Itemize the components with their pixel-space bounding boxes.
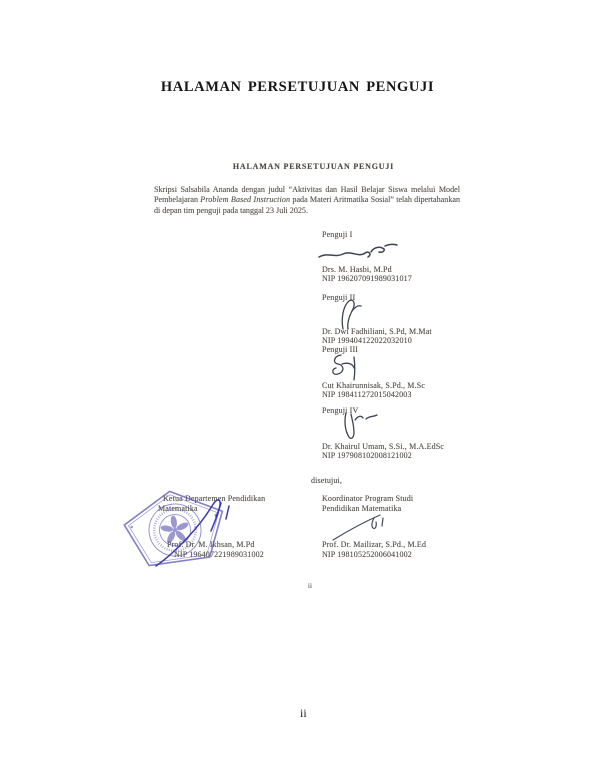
examiner-1-nip: NIP 196207091989031017 <box>322 274 412 283</box>
approval-word: disetujui, <box>311 476 342 485</box>
examiner-4-name: Dr. Khairul Umam, S.Si., M.A.EdSc <box>322 442 444 451</box>
examiner-1-signature-icon <box>315 242 401 264</box>
right-signatory-nip: NIP 198105252006041002 <box>322 550 412 559</box>
left-signatory-signature-icon <box>150 492 236 570</box>
examiner-2-signature-icon <box>330 298 372 330</box>
approval-statement-italic: Problem Based Instruction <box>200 195 290 204</box>
examiner-2-nip: NIP 199404122022032010 <box>322 336 412 345</box>
examiner-2-name: Dr. Dwi Fadhiliani, S.Pd, M.Mat <box>322 327 432 336</box>
scan-page-number: ii <box>155 582 465 591</box>
examiner-3-signature-icon <box>326 352 372 382</box>
document-page: HALAMAN PERSETUJUAN PENGUJI HALAMAN PERS… <box>0 0 595 770</box>
right-signatory-name: Prof. Dr. Mailizar, S.Pd., M.Ed <box>322 540 426 549</box>
examiner-3-name: Cut Khairunnisak, S.Pd., M.Sc <box>322 381 425 390</box>
examiner-1-label: Penguji I <box>322 230 352 239</box>
examiner-3-nip: NIP 198411272015042003 <box>322 390 412 399</box>
examiner-1-name: Drs. M. Hasbi, M.Pd <box>322 265 392 274</box>
examiner-4-signature-icon <box>332 411 384 441</box>
page-title: HALAMAN PERSETUJUAN PENGUJI <box>0 79 595 96</box>
examiner-4-nip: NIP 197908102008121002 <box>322 451 412 460</box>
scan-heading: HALAMAN PERSETUJUAN PENGUJI <box>155 162 472 171</box>
approval-statement: Skripsi Salsabila Ananda dengan judul “A… <box>154 185 460 216</box>
right-signatory-title-line1: Koordinator Program Studi <box>322 494 413 503</box>
page-number: ii <box>300 706 307 721</box>
right-signatory-signature-icon <box>330 511 392 543</box>
